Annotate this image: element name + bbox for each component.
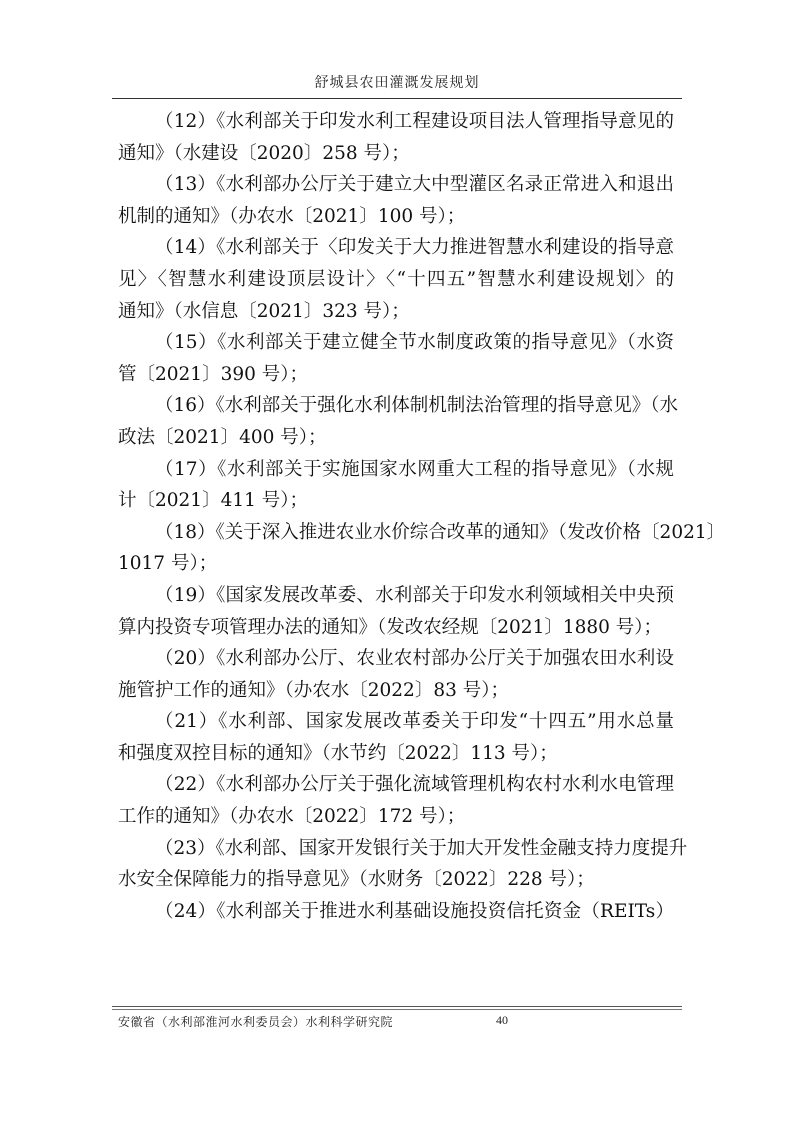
paragraph-line: 算内投资专项管理办法的通知》（发改农经规〔2021〕1880 号）；: [118, 612, 674, 644]
reference-paragraph: （17）《水利部关于实施国家水网重大工程的指导意见》（水规计〔2021〕411 …: [118, 454, 674, 517]
paragraph-first-line: （13）《水利部办公厅关于建立大中型灌区名录正常进入和退出: [118, 169, 674, 201]
paragraph-first-line: （24）《水利部关于推进水利基础设施投资信托资金（REITs）: [118, 896, 674, 928]
reference-paragraph: （20）《水利部办公厅、农业农村部办公厅关于加强农田水利设施管护工作的通知》（办…: [118, 643, 674, 706]
paragraph-line: 见〉〈智慧水利建设顶层设计〉〈“十四五”智慧水利建设规划〉的: [118, 264, 674, 296]
footer-organization: 安徽省（水利部淮河水利委员会）水利科学研究院: [118, 1013, 393, 1030]
paragraph-first-line: （22）《水利部办公厅关于强化流域管理机构农村水利水电管理: [118, 769, 674, 801]
paragraph-line: 施管护工作的通知》（办农水〔2022〕83 号）；: [118, 675, 674, 707]
paragraph-line: 1017 号）；: [118, 548, 674, 580]
paragraph-line: 管〔2021〕390 号）；: [118, 359, 674, 391]
paragraph-first-line: （20）《水利部办公厅、农业农村部办公厅关于加强农田水利设: [118, 643, 674, 675]
reference-paragraph: （22）《水利部办公厅关于强化流域管理机构农村水利水电管理工作的通知》（办农水〔…: [118, 769, 674, 832]
reference-paragraph: （23）《水利部、国家开发银行关于加大开发性金融支持力度提升水安全保障能力的指导…: [118, 833, 674, 896]
reference-paragraph: （14）《水利部关于〈印发关于大力推进智慧水利建设的指导意见〉〈智慧水利建设顶层…: [118, 232, 674, 327]
reference-paragraph: （12）《水利部关于印发水利工程建设项目法人管理指导意见的通知》（水建设〔202…: [118, 106, 674, 169]
document-body: （12）《水利部关于印发水利工程建设项目法人管理指导意见的通知》（水建设〔202…: [118, 106, 674, 927]
reference-paragraph: （15）《水利部关于建立健全节水制度政策的指导意见》（水资管〔2021〕390 …: [118, 327, 674, 390]
paragraph-first-line: （12）《水利部关于印发水利工程建设项目法人管理指导意见的: [118, 106, 674, 138]
paragraph-first-line: （16）《水利部关于强化水利体制机制法治管理的指导意见》（水: [118, 390, 674, 422]
paragraph-first-line: （19）《国家发展改革委、水利部关于印发水利领域相关中央预: [118, 580, 674, 612]
reference-paragraph: （16）《水利部关于强化水利体制机制法治管理的指导意见》（水政法〔2021〕40…: [118, 390, 674, 453]
paragraph-first-line: （14）《水利部关于〈印发关于大力推进智慧水利建设的指导意: [118, 232, 674, 264]
paragraph-line: 和强度双控目标的通知》（水节约〔2022〕113 号）；: [118, 738, 674, 770]
paragraph-first-line: （23）《水利部、国家开发银行关于加大开发性金融支持力度提升: [118, 833, 674, 865]
page-header-title: 舒城县农田灌溉发展规划: [0, 72, 794, 92]
paragraph-line: 通知》（水信息〔2021〕323 号）；: [118, 296, 674, 328]
paragraph-first-line: （15）《水利部关于建立健全节水制度政策的指导意见》（水资: [118, 327, 674, 359]
paragraph-line: 工作的通知》（办农水〔2022〕172 号）；: [118, 801, 674, 833]
page-number: 40: [496, 1013, 508, 1028]
paragraph-first-line: （18）《关于深入推进农业水价综合改革的通知》（发改价格〔2021〕: [118, 517, 674, 549]
paragraph-line: 政法〔2021〕400 号）；: [118, 422, 674, 454]
header-rule: [112, 98, 682, 99]
reference-paragraph: （18）《关于深入推进农业水价综合改革的通知》（发改价格〔2021〕1017 号…: [118, 517, 674, 580]
reference-paragraph: （24）《水利部关于推进水利基础设施投资信托资金（REITs）: [118, 896, 674, 928]
paragraph-first-line: （21）《水利部、国家发展改革委关于印发“十四五”用水总量: [118, 706, 674, 738]
paragraph-line: 机制的通知》（办农水〔2021〕100 号）；: [118, 201, 674, 233]
reference-paragraph: （19）《国家发展改革委、水利部关于印发水利领域相关中央预算内投资专项管理办法的…: [118, 580, 674, 643]
reference-paragraph: （21）《水利部、国家发展改革委关于印发“十四五”用水总量和强度双控目标的通知》…: [118, 706, 674, 769]
reference-paragraph: （13）《水利部办公厅关于建立大中型灌区名录正常进入和退出机制的通知》（办农水〔…: [118, 169, 674, 232]
paragraph-line: 计〔2021〕411 号）；: [118, 485, 674, 517]
paragraph-first-line: （17）《水利部关于实施国家水网重大工程的指导意见》（水规: [118, 454, 674, 486]
footer-rule: [112, 1006, 682, 1010]
paragraph-line: 水安全保障能力的指导意见》（水财务〔2022〕228 号）；: [118, 864, 674, 896]
paragraph-line: 通知》（水建设〔2020〕258 号）；: [118, 138, 674, 170]
